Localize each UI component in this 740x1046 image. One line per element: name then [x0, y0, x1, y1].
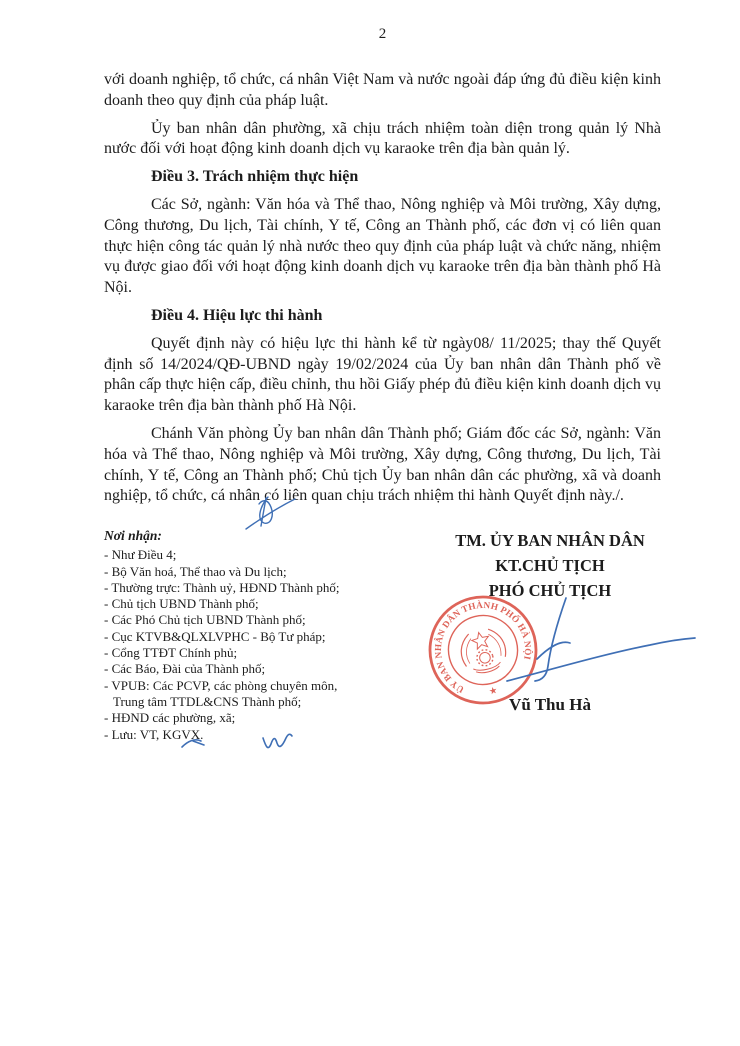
national-emblem-icon [457, 626, 510, 677]
recipient-item: - Cục KTVB&QLXLVPHC - Bộ Tư pháp; [104, 629, 434, 645]
recipient-item: - Cổng TTĐT Chính phủ; [104, 645, 434, 661]
authority-line-3: PHÓ CHỦ TỊCH [410, 578, 690, 603]
recipient-item: - Bộ Văn hoá, Thể thao và Du lịch; [104, 564, 434, 580]
page-number: 2 [104, 26, 661, 42]
body-paragraph: Ủy ban nhân dân phường, xã chịu trách nh… [104, 119, 661, 161]
body-paragraph: Quyết định này có hiệu lực thi hành kể t… [104, 334, 661, 417]
body-paragraph: Chánh Văn phòng Ủy ban nhân dân Thành ph… [104, 424, 661, 507]
recipient-item: - Các Phó Chủ tịch UBND Thành phố; [104, 612, 434, 628]
seal-ring-text: ỦY BAN NHÂN DÂN THÀNH PHỐ HÀ NỘI [427, 594, 539, 699]
body-paragraph: với doanh nghiệp, tổ chức, cá nhân Việt … [104, 70, 661, 112]
seal-outer-ring [427, 594, 539, 706]
signature-authority-block: TM. ỦY BAN NHÂN DÂN KT.CHỦ TỊCH PHÓ CHỦ … [410, 528, 690, 603]
handwritten-signature [507, 598, 695, 681]
recipient-item: - Thường trực: Thành uỷ, HĐND Thành phố; [104, 580, 434, 596]
authority-line-2: KT.CHỦ TỊCH [410, 553, 690, 578]
recipient-item-continuation: Trung tâm TTDL&CNS Thành phố; [104, 694, 434, 710]
seal-inner-ring [441, 608, 525, 692]
authority-line-1: TM. ỦY BAN NHÂN DÂN [410, 528, 690, 553]
recipient-item: - VPUB: Các PCVP, các phòng chuyên môn, [104, 678, 434, 694]
recipient-item: - Chủ tịch UBND Thành phố; [104, 596, 434, 612]
recipient-item: - HĐND các phường, xã; [104, 710, 434, 726]
document-page: 2 với doanh nghiệp, tổ chức, cá nhân Việ… [0, 0, 740, 1046]
document-body: 2 với doanh nghiệp, tổ chức, cá nhân Việ… [104, 26, 661, 514]
recipients-label: Nơi nhận: [104, 528, 434, 544]
official-seal-stamp: ỦY BAN NHÂN DÂN THÀNH PHỐ HÀ NỘI ★ [427, 594, 539, 706]
article-4-heading: Điều 4. Hiệu lực thi hành [104, 306, 661, 327]
body-paragraph: Các Sở, ngành: Văn hóa và Thể thao, Nông… [104, 195, 661, 299]
recipients-list: Nơi nhận: - Như Điều 4; - Bộ Văn hoá, Th… [104, 528, 434, 743]
article-3-heading: Điều 3. Trách nhiệm thực hiện [104, 167, 661, 188]
recipient-item: - Các Báo, Đài của Thành phố; [104, 661, 434, 677]
recipient-item: - Lưu: VT, KGVX. [104, 727, 434, 743]
signer-name: Vũ Thu Hà [410, 695, 690, 715]
recipient-item: - Như Điều 4; [104, 547, 434, 563]
